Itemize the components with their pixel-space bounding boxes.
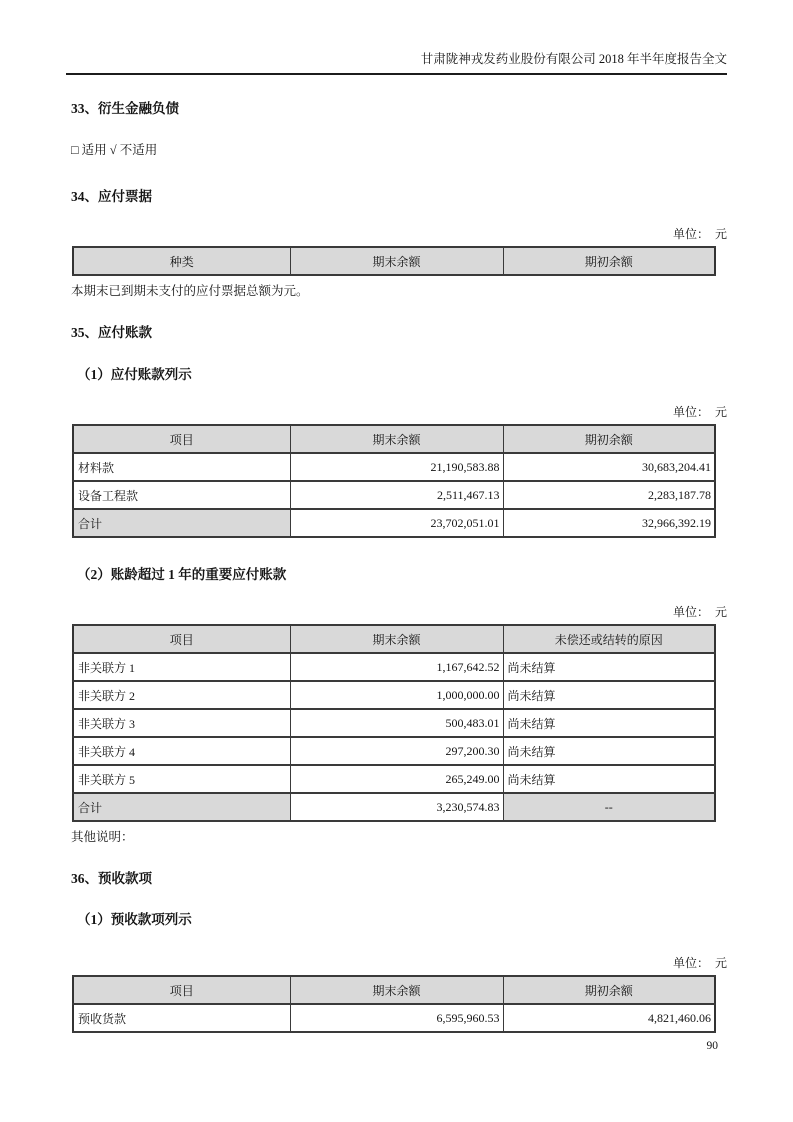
- table-row-advances: 预收货款 6,595,960.53 4,821,460.06: [73, 1004, 715, 1032]
- table-row-equipment: 设备工程款 2,511,467.13 2,283,187.78: [73, 481, 715, 509]
- unit-label-35-1: 单位： 元: [71, 405, 727, 419]
- advances-received-table: 项目 期末余额 期初余额 预收货款 6,595,960.53 4,821,460…: [72, 975, 716, 1033]
- row-beginning-balance: 30,683,204.41: [503, 453, 715, 481]
- column-header-type: 种类: [73, 247, 290, 275]
- row-reason: 尚未结算: [503, 765, 715, 793]
- page-content: 33、衍生金融负债 □ 适用 √ 不适用 34、应付票据 单位： 元 种类 期末…: [71, 100, 727, 1033]
- row-ending-balance: 21,190,583.88: [290, 453, 503, 481]
- column-header-item: 项目: [73, 976, 290, 1004]
- table-header-row: 项目 期末余额 未偿还或结转的原因: [73, 625, 715, 653]
- section-36-title: 36、预收款项: [71, 870, 727, 887]
- row-reason: 尚未结算: [503, 737, 715, 765]
- row-label: 非关联方 4: [73, 737, 290, 765]
- row-ending-balance: 1,000,000.00: [290, 681, 503, 709]
- doc-header: 甘肃陇神戎发药业股份有限公司 2018 年半年度报告全文: [66, 0, 727, 75]
- column-header-reason: 未偿还或结转的原因: [503, 625, 715, 653]
- total-reason-placeholder: --: [503, 793, 715, 821]
- row-label: 非关联方 5: [73, 765, 290, 793]
- column-header-beginning-balance: 期初余额: [503, 425, 715, 453]
- column-header-item: 项目: [73, 625, 290, 653]
- table-row-materials: 材料款 21,190,583.88 30,683,204.41: [73, 453, 715, 481]
- subsection-35-1-title: （1）应付账款列示: [77, 366, 727, 383]
- table-header-row: 种类 期末余额 期初余额: [73, 247, 715, 275]
- column-header-ending-balance: 期末余额: [290, 247, 503, 275]
- other-notes-label: 其他说明：: [71, 830, 727, 845]
- column-header-beginning-balance: 期初余额: [503, 247, 715, 275]
- table-row-nonrelated-3: 非关联方 3 500,483.01 尚未结算: [73, 709, 715, 737]
- doc-header-title: 甘肃陇神戎发药业股份有限公司 2018 年半年度报告全文: [421, 52, 727, 66]
- total-ending-balance: 3,230,574.83: [290, 793, 503, 821]
- row-ending-balance: 265,249.00: [290, 765, 503, 793]
- row-label: 设备工程款: [73, 481, 290, 509]
- row-label: 非关联方 1: [73, 653, 290, 681]
- notes-payable-note: 本期末已到期未支付的应付票据总额为元。: [71, 284, 727, 299]
- table-row-total: 合计 23,702,051.01 32,966,392.19: [73, 509, 715, 537]
- row-label: 预收货款: [73, 1004, 290, 1032]
- row-label: 非关联方 3: [73, 709, 290, 737]
- accounts-payable-table: 项目 期末余额 期初余额 材料款 21,190,583.88 30,683,20…: [72, 424, 716, 538]
- column-header-item: 项目: [73, 425, 290, 453]
- unit-label-34: 单位： 元: [71, 227, 727, 241]
- row-reason: 尚未结算: [503, 653, 715, 681]
- section-34-title: 34、应付票据: [71, 188, 727, 205]
- unit-label-35-2: 单位： 元: [71, 605, 727, 619]
- total-ending-balance: 23,702,051.01: [290, 509, 503, 537]
- column-header-ending-balance: 期末余额: [290, 425, 503, 453]
- table-row-nonrelated-1: 非关联方 1 1,167,642.52 尚未结算: [73, 653, 715, 681]
- total-row-label: 合计: [73, 509, 290, 537]
- aged-payables-table: 项目 期末余额 未偿还或结转的原因 非关联方 1 1,167,642.52 尚未…: [72, 624, 716, 822]
- row-beginning-balance: 2,283,187.78: [503, 481, 715, 509]
- row-ending-balance: 500,483.01: [290, 709, 503, 737]
- total-row-label: 合计: [73, 793, 290, 821]
- subsection-36-1-title: （1）预收款项列示: [77, 911, 727, 928]
- column-header-ending-balance: 期末余额: [290, 625, 503, 653]
- column-header-ending-balance: 期末余额: [290, 976, 503, 1004]
- total-beginning-balance: 32,966,392.19: [503, 509, 715, 537]
- section-33-title: 33、衍生金融负债: [71, 100, 727, 117]
- report-page: 甘肃陇神戎发药业股份有限公司 2018 年半年度报告全文 33、衍生金融负债 □…: [0, 0, 793, 1122]
- table-row-nonrelated-2: 非关联方 2 1,000,000.00 尚未结算: [73, 681, 715, 709]
- row-ending-balance: 6,595,960.53: [290, 1004, 503, 1032]
- row-reason: 尚未结算: [503, 709, 715, 737]
- row-ending-balance: 297,200.30: [290, 737, 503, 765]
- section-35-title: 35、应付账款: [71, 324, 727, 341]
- notes-payable-table: 种类 期末余额 期初余额: [72, 246, 716, 276]
- table-header-row: 项目 期末余额 期初余额: [73, 976, 715, 1004]
- row-ending-balance: 2,511,467.13: [290, 481, 503, 509]
- row-ending-balance: 1,167,642.52: [290, 653, 503, 681]
- column-header-beginning-balance: 期初余额: [503, 976, 715, 1004]
- table-row-nonrelated-5: 非关联方 5 265,249.00 尚未结算: [73, 765, 715, 793]
- unit-label-36-1: 单位： 元: [71, 956, 727, 970]
- table-row-total: 合计 3,230,574.83 --: [73, 793, 715, 821]
- applicability-line: □ 适用 √ 不适用: [71, 143, 727, 158]
- row-label: 非关联方 2: [73, 681, 290, 709]
- page-number: 90: [707, 1040, 719, 1052]
- row-reason: 尚未结算: [503, 681, 715, 709]
- row-label: 材料款: [73, 453, 290, 481]
- table-header-row: 项目 期末余额 期初余额: [73, 425, 715, 453]
- subsection-35-2-title: （2）账龄超过 1 年的重要应付账款: [77, 566, 727, 583]
- table-row-nonrelated-4: 非关联方 4 297,200.30 尚未结算: [73, 737, 715, 765]
- row-beginning-balance: 4,821,460.06: [503, 1004, 715, 1032]
